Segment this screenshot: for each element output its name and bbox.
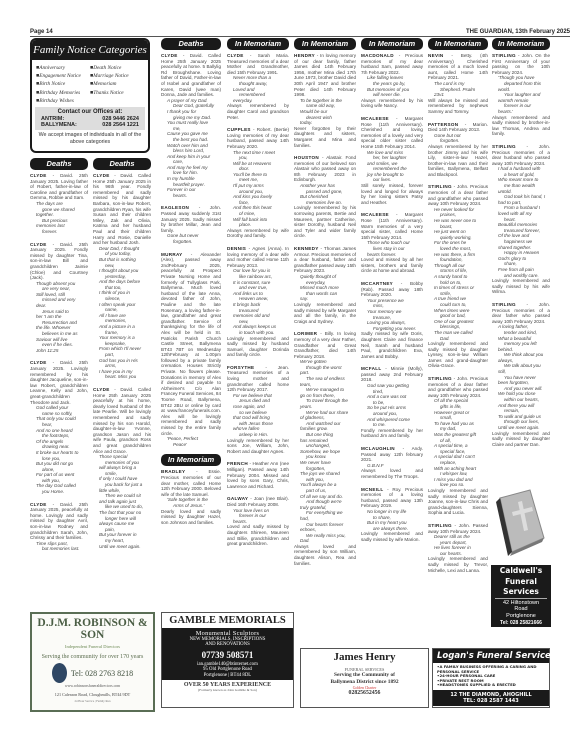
notice-surname: STIRLING — [492, 144, 516, 149]
notice-entry: LORIMER - Billy. In loving memory of a v… — [294, 331, 356, 566]
section-header: Deaths — [93, 158, 151, 170]
notice-surname: CLYDE — [30, 173, 47, 178]
notice-entry: CLYDE - David. Called Home 25th January … — [93, 173, 151, 380]
notice-entry: MCLAUGHLIN - Andy. Passed away 12th febr… — [361, 446, 423, 480]
notice-closing: Always loved and remembered by son Willi… — [294, 544, 356, 566]
notice-closing: Never forgotten by their daughters and s… — [294, 126, 356, 148]
notice-closing: Always loved and remembered by The Troop… — [361, 468, 423, 479]
notice-text: - David. 25th January 2025. Lovingly rem… — [30, 360, 88, 404]
notice-verse: To be together in thesame old way,Would … — [294, 98, 356, 126]
notice-verse: A loving father,tender and kind,What a b… — [492, 324, 550, 430]
notice-surname: MCFALL — [361, 366, 381, 371]
notice-closing: Lovingly remembered and sadly missed by … — [428, 488, 488, 516]
notice-entry: HENDRY - In loving memory of our dear fa… — [294, 53, 356, 148]
notice-closing: Will always be missed and remembered by … — [428, 98, 488, 115]
crest-icon — [52, 663, 67, 683]
publication-date: THE GUARDIAN, 13th February 2025 — [466, 29, 570, 35]
notice-entry: EAGLESON - John. Passed away suddenly 31… — [161, 205, 221, 244]
notice-verse: Gone but neverforgotten. — [161, 233, 221, 244]
notice-entry: BRADLEY - Essie. Precious memories of ou… — [161, 469, 221, 525]
category-item: Engagement Notice — [36, 72, 90, 80]
category-item: Birth Notice — [36, 80, 90, 88]
notice-entry: FRENCH - Heather Ann (nee Milligan). Pas… — [227, 461, 289, 489]
notice-verse: Gone but notforgotten. — [428, 133, 488, 144]
notice-entry: CLYDE - David. 25th January 2025. Loving… — [30, 173, 88, 235]
ad-djm-robinson[interactable]: D.J.M. ROBINSON & SON Independent Funera… — [30, 612, 155, 712]
page-number: Page 14 — [30, 29, 53, 35]
category-item: Anniversary — [36, 64, 90, 72]
notice-closing: Lovingly remembered and sadly missed by … — [492, 431, 550, 448]
notice-surname: CLYDE — [227, 53, 244, 58]
notice-verse: For we believe thatJesus died androse ag… — [227, 393, 289, 438]
notice-surname: CLYDE — [93, 387, 110, 392]
ad-gamble-memorials[interactable]: GAMBLE MEMORIALS Monumental Sculptors NE… — [161, 612, 294, 708]
notice-entry: STIRLING - John. On the First Anniversar… — [492, 53, 550, 137]
notice-closing: Lovingly remembered and sadly missed by … — [361, 531, 423, 542]
notice-surname: DENNIS — [227, 246, 246, 251]
notice-surname: MACDONALD — [361, 53, 394, 58]
notice-entry: STIRLING - John. Precious memories of a … — [428, 184, 488, 369]
image-note: We accept images of individuals in all o… — [32, 130, 148, 147]
section-header: In Memoriam — [492, 38, 550, 50]
notice-surname: MCALEESE — [361, 212, 389, 217]
family-notice-categories-box: Family Notice Categories AnniversaryDeat… — [30, 38, 150, 153]
notice-verse: Those who touch ourlives stay in ourhear… — [361, 240, 423, 257]
notice-entry: HOUSTON - Alastair. Fond memories of our… — [294, 155, 356, 239]
section-header: In Memoriam — [227, 38, 289, 50]
notice-closing: Loved and missed by all her sisters, bro… — [361, 257, 423, 274]
notice-surname: MURRAY — [161, 252, 183, 257]
notice-text: - David. Called Home 25th January 2025 p… — [161, 53, 221, 97]
notice-closing: Always remembered by her brother Jimmy a… — [428, 144, 488, 178]
notice-surname: CLYDE — [93, 173, 110, 178]
notice-closing: Lovingly remembered and sadly missed by … — [428, 556, 488, 573]
ad-james-henry[interactable]: James Henry FUNERAL SERVICES Serving the… — [300, 648, 429, 708]
notice-verse: He never looked forpraises,He was never … — [428, 207, 488, 341]
notice-surname: STIRLING — [428, 523, 452, 528]
notice-text: - David. 25th January 2025. Fondly misse… — [30, 242, 88, 281]
notice-surname: KENNEDY — [294, 246, 319, 251]
category-list: AnniversaryDeath NoticeEngagement Notice… — [32, 60, 148, 107]
column-memoriam-4: In MemoriamCLYDE - Sarah Maria. Treasure… — [227, 38, 289, 554]
notice-surname: CUPPLES — [227, 127, 251, 132]
notice-text: - David. Called Home 25th January 2025 i… — [93, 173, 151, 245]
section-header: Deaths — [161, 38, 221, 50]
notice-text: - David. 25th January 2025, peacefully a… — [30, 502, 88, 541]
section-header: In Memoriam — [161, 454, 221, 466]
section-header: Deaths — [30, 158, 88, 170]
notice-verse: Our love for you islike rainbow arc,It i… — [227, 268, 289, 335]
notice-verse: The Lord is myShepherd. Psalm23v1 — [428, 81, 488, 98]
notice-verse: Time slips past,but memories last. — [30, 541, 88, 552]
notice-text: - In loving memory of our dear family, f… — [294, 53, 356, 97]
notice-entry: STIRLING - John. Passed away 10th Februa… — [428, 523, 488, 573]
column-memoriam-7: In MemoriamNEVIN - Betty. (4th Anniversa… — [428, 38, 488, 580]
notice-text: - Margaret Rose (11th Anniversary). Cher… — [361, 116, 423, 149]
notice-surname: FRENCH — [227, 461, 248, 466]
notice-surname: MCCARTNEY — [361, 281, 393, 286]
notice-entry: MACDONALD - Precious memories of my dear… — [361, 53, 423, 109]
notice-closing: Still sorely missed, forever loved and l… — [361, 183, 423, 205]
column-deaths-2: DeathsCLYDE - David. Called Home 25th Ja… — [93, 158, 151, 556]
notice-closing: Dearly loved and sadly missed by daughte… — [161, 509, 221, 526]
notice-verse: 'Peace, PerfectPeace' — [161, 436, 221, 447]
notice-verse: Those specialmemories of youwill always … — [93, 454, 151, 549]
notice-closing: Sadly missed by wife Doris, daughters Cl… — [361, 331, 423, 359]
notice-entry: MCNEILL - Roy. Precious memories of a lo… — [361, 487, 423, 543]
notice-entry: CLYDE - Sarah Maria. Treasured memories … — [227, 53, 289, 120]
notice-surname: STIRLING — [492, 302, 516, 307]
notice-entry: STIRLING - John. Precious memories of a … — [492, 144, 550, 295]
notice-closing: Always remembered by daughter Carol and … — [227, 103, 289, 120]
notice-surname: STIRLING — [428, 184, 452, 189]
notice-entry: CLYDE - David. Called Home 25th January … — [93, 387, 151, 549]
notice-verse: The days aregone we sharedtogether.But p… — [30, 201, 88, 235]
contact-heading: Contact our Offices at: — [41, 109, 139, 115]
notice-surname: MCNEILL — [361, 487, 384, 492]
category-item: Memoriam — [90, 80, 144, 88]
notice-surname: HOUSTON — [294, 155, 319, 160]
notice-verse: God saw you gettingtired,And a cure was … — [361, 383, 423, 428]
notice-verse: Quietly thought ofeveryday,Missed much m… — [294, 274, 356, 302]
notice-verse: Your presence wemiss,Your memory wetreas… — [361, 298, 423, 332]
notice-entry: STIRLING - John. Precious memories of a … — [492, 302, 550, 447]
section-header: In Memoriam — [428, 38, 488, 50]
column-memoriam-8: In MemoriamSTIRLING - John. On the First… — [492, 38, 550, 454]
notice-surname: STIRLING — [428, 376, 452, 381]
notice-closing: Always remembered by wife Dorothy and fa… — [227, 228, 289, 239]
notice-text: - Alexander (Alex), passed away 2ndFebru… — [161, 252, 221, 436]
notice-text: - David. Called Home 25th January 2025 p… — [93, 387, 151, 454]
notice-closing: Loved and sadly missed by daughters Shir… — [227, 524, 289, 546]
notice-entry: CUPPLES - Robert. (Bertie) Loving memori… — [227, 127, 289, 239]
notice-verse: Though absent youare very near,Still lov… — [30, 281, 88, 354]
notice-verse: 'Safe together in theArms of Jesus.' — [161, 497, 221, 508]
notice-surname: HENDRY — [294, 53, 315, 58]
notice-entry: KENNEDY - Thomas James Armour. Precious … — [294, 246, 356, 324]
box-title: Family Notice Categories — [32, 40, 148, 60]
contact-panel: Contact our Offices at: ANTRIM:028 9446 … — [35, 107, 145, 130]
notice-entry: MCALEESE - Margaret Rose (11th Anniversa… — [361, 212, 423, 274]
notice-entry: CLYDE - David. 25th January 2025, peacef… — [30, 502, 88, 552]
notice-surname: CLYDE — [30, 360, 47, 365]
notice-surname: EAGLESON — [161, 205, 189, 210]
notice-verse: Another year haspassed and gone,But cher… — [294, 183, 356, 205]
notice-verse: Never more than athought away,Loved andr… — [227, 75, 289, 103]
section-header: In Memoriam — [361, 38, 423, 50]
notice-closing: Lovingly remembered by her sons Joe, Wil… — [227, 438, 289, 455]
notice-verse: Your love lives onforever in ourhearts. — [227, 508, 289, 525]
notice-closing: Lovingly remembered and sadly missed by … — [294, 302, 356, 324]
notice-closing: Always remembered by his loving wife Nan… — [361, 98, 423, 109]
notice-closing: Fondly remembered by her husband Jim and… — [361, 428, 423, 439]
notice-surname: MCLAUGHLIN — [361, 446, 395, 451]
notice-entry: CLYDE - David. Called Home 25th January … — [161, 53, 221, 198]
notice-verse: God called yourname so softly,That only … — [30, 405, 88, 495]
column-deaths-1: DeathsCLYDE - David. 25th January 2025. … — [30, 158, 88, 559]
notice-entry: NEVIN - Betty. (4th Anniversary) Cherish… — [428, 53, 488, 115]
notice-entry: STIRLING - John. Precious memories of a … — [428, 376, 488, 516]
header-rule — [30, 36, 570, 37]
column-deaths-3: DeathsCLYDE - David. Called Home 25th Ja… — [161, 38, 221, 532]
notice-closing: Lovingly remembered and sadly missed by … — [428, 341, 488, 369]
notice-entry: FORSYTHE - Jean. Treasured memories of a… — [227, 365, 289, 455]
notice-surname: NEVIN — [428, 53, 444, 58]
category-item: Thanks Notice — [90, 89, 144, 97]
notice-closing: Lovingly remembered and sadly missed by … — [227, 336, 289, 358]
notice-entry: PATTERSON - Marion. Died 14th February 2… — [428, 122, 488, 178]
notice-entry: CLYDE - David. 25th January 2025. Loving… — [30, 360, 88, 494]
notice-closing: Always remembered and sadly missed by br… — [492, 115, 550, 137]
notice-entry: MCCARTNEY - Bobby (Rab). Passed away 18t… — [361, 281, 423, 359]
notice-entry: GALWAY - Joan (nee Blair). Died 16th Feb… — [227, 496, 289, 546]
notice-closing: Lovingly remembered and sadly missed by … — [492, 278, 550, 295]
category-item: Marriage Notice — [90, 72, 144, 80]
notice-surname: BRADLEY — [161, 469, 185, 474]
notice-entry: CLYDE - David. 25th January 2025. Fondly… — [30, 242, 88, 354]
notice-verse: Dear Dad, I thoughtof you today,But that… — [93, 246, 151, 380]
notice-surname: LORIMER — [294, 331, 317, 336]
notice-verse: We've gottenthrough the worstpart.The se… — [294, 359, 356, 544]
bible-cross-icon — [492, 488, 548, 558]
notice-verse: A prayer of my Dad.Dear God, gratefullyI… — [161, 98, 221, 199]
notice-entry: DENNIS - Agnes (Anna). In loving memory … — [227, 246, 289, 358]
notice-surname: CLYDE — [161, 53, 178, 58]
notice-verse: I had a husband witha heart of gold,Who … — [492, 166, 550, 278]
notice-verse: Like falling leavesthe years go by,But m… — [361, 75, 423, 97]
category-item: Birthday Wishes — [36, 97, 90, 105]
notice-verse: The next time I meetyou,Will be at Heave… — [227, 150, 289, 228]
ad-caldwells[interactable]: Caldwell's Funeral Services 42 Hiltonsto… — [491, 565, 551, 627]
notice-verse: 'Though you havedeparted from thisworld.… — [492, 75, 550, 114]
notice-verse: We love and missher, her laughterand smi… — [361, 150, 423, 184]
notice-surname: STIRLING — [492, 53, 516, 58]
section-header: In Memoriam — [294, 38, 356, 50]
notice-surname: MCALEESE — [361, 116, 389, 121]
notice-entry: MCALEESE - Margaret Rose (11th Anniversa… — [361, 116, 423, 206]
notice-surname: CLYDE — [30, 242, 47, 247]
office-ballymena: BALLYMENA:028 2564 1221 — [41, 122, 139, 128]
notice-entry: MCFALL - Minnie (Molly), passed away 2nd… — [361, 366, 423, 439]
notice-entry: MURRAY - Alexander (Alex), passed away 2… — [161, 252, 221, 448]
notice-verse: Dearer still as theyears depart,He lives… — [428, 534, 488, 556]
notice-surname: CLYDE — [30, 502, 47, 507]
notice-verse: Of all the specialgifts in life,However … — [428, 398, 488, 488]
notice-surname: PATTERSON — [428, 122, 458, 127]
notice-surname: FORSYTHE — [227, 365, 254, 370]
notice-closing: Lovingly remembered by his sorrowing par… — [294, 205, 356, 239]
column-memoriam-5: In MemoriamHENDRY - In loving memory of … — [294, 38, 356, 573]
category-item: Birthday Memories — [36, 89, 90, 97]
category-item: Death Notice — [90, 64, 144, 72]
column-memoriam-6: In MemoriamMACDONALD - Precious memories… — [361, 38, 423, 550]
notice-verse: No longer in my lifeto share,But in my h… — [361, 509, 423, 531]
notice-surname: GALWAY — [227, 496, 248, 501]
ad-logans[interactable]: Logan's Funeral Services A FAMILY BUSINE… — [432, 648, 550, 708]
